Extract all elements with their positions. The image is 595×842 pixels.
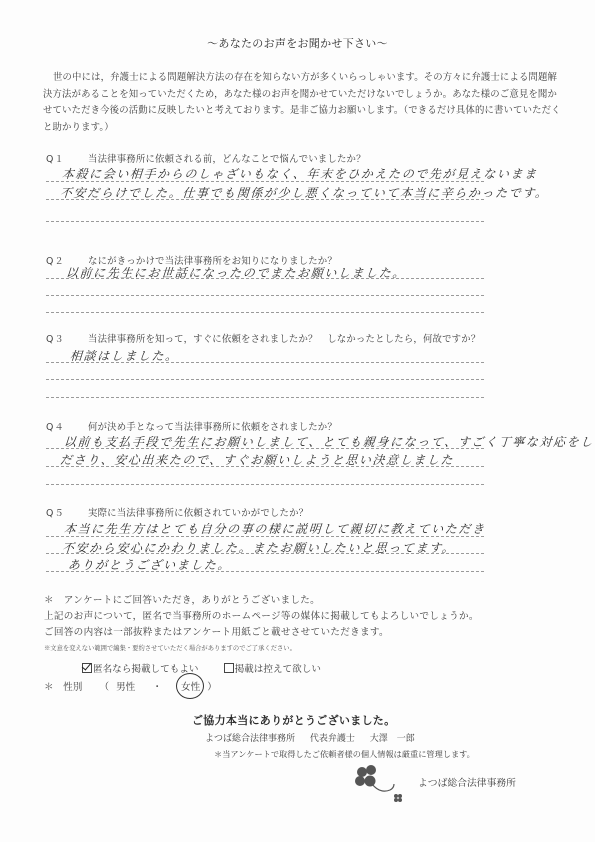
answer-line [46,199,484,200]
answer-line [46,278,484,279]
survey-page: ～あなたのお声をお聞かせ下さい～ 世の中には，弁護士による問題解決方法の存在を知… [0,0,595,842]
answer-q1-line1: 本殺に会い相手からのしゃざいもなく、年末をひかえたので先が見えないまま [61,165,538,182]
consent-option-label: 掲載は控えて欲しい [235,661,321,675]
question-label-q2: Q２ [46,253,65,267]
question-label-q3: Q３ [46,331,65,345]
gender-label: ＊ 性別 [44,679,82,693]
representative-role: 代表弁護士 [310,734,355,744]
question-label-q1: Q１ [46,151,65,165]
logo-firm-name: よつば総合法律事務所 [418,775,516,789]
publish-question: 上記のお声について，匿名で当事務所のホームページ等の媒体に掲載してもよろしいでし… [44,608,479,622]
answer-line [46,397,484,398]
signature: よつば総合法律事務所 代表弁護士 大澤 一郎 [205,731,427,744]
answer-line [46,466,484,467]
publish-explanation: ご回答の内容は一部抜粋またはアンケート用紙ごと載せさせていただきます。 [44,624,389,638]
checkbox-unchecked-icon[interactable] [224,663,234,673]
clover-icon [354,764,414,806]
privacy-note: ＊当アンケートで取得したご依頼者様の個人情報は厳重に管理します。 [214,749,475,760]
question-text-q1: 当法律事務所に依頼される前，どんなことで悩んでいましたか？ [88,151,366,165]
answer-line [46,571,484,572]
answer-line [46,362,484,363]
consent-option-anonymous[interactable]: 匿名なら掲載してもよい [82,661,199,675]
question-label-q5: Q５ [46,505,65,519]
answer-line [46,448,484,449]
intro-paragraph: 世の中には，弁護士による問題解決方法の存在を知らない方が多くいらっしゃいます。そ… [43,70,563,136]
answer-line [46,295,484,296]
answer-line [46,221,484,222]
edit-disclaimer: ※文意を変えない範囲で編集・要約させていただく場合がありますのでご了承ください。 [44,643,296,652]
consent-option-label: 匿名なら掲載してもよい [93,661,199,675]
answer-line [46,536,484,537]
closing-thanks: ご協力本当にありがとうございました。 [192,712,395,728]
page-title: ～あなたのお声をお聞かせ下さい～ [0,35,595,51]
consent-option-decline[interactable]: 掲載は控えて欲しい [224,661,321,675]
answer-line [46,379,484,380]
firm-name: よつば総合法律事務所 [205,734,295,744]
question-text-q4: 何が決め手となって当法律事務所に依頼をされましたか？ [88,419,337,433]
answer-line [46,312,484,313]
gender-separator: ・ [152,679,162,693]
question-label-q4: Q４ [46,419,65,433]
consent-options: 匿名なら掲載してもよい 掲載は控えて欲しい [82,661,343,676]
answer-line [46,484,484,485]
question-text-q3: 当法律事務所を知って，すぐに依頼をされましたか？ しなかったとしたら，何故ですか… [88,331,480,345]
gender-option-female-circled[interactable]: 女性 [181,679,200,693]
answer-line [46,181,484,182]
question-text-q5: 実際に当法律事務所に依頼されていかがでしたか？ [88,505,308,519]
answer-line [46,553,484,554]
thanks-note: ＊ アンケートにご回答いただき，ありがとうございました。 [44,592,320,606]
paren-open: （ [99,679,109,693]
checkbox-checked-icon[interactable] [82,663,92,673]
representative-name: 大澤 一郎 [370,734,415,744]
gender-option-male[interactable]: 男性 [116,679,135,693]
gender-field: ＊ 性別 （ 男性 ・ 女性 ） [44,679,217,693]
paren-close: ） [207,679,217,693]
answer-q5-line1: 本当に先生方はとても自分の事の様に説明して親切に教えていただき [63,520,486,537]
